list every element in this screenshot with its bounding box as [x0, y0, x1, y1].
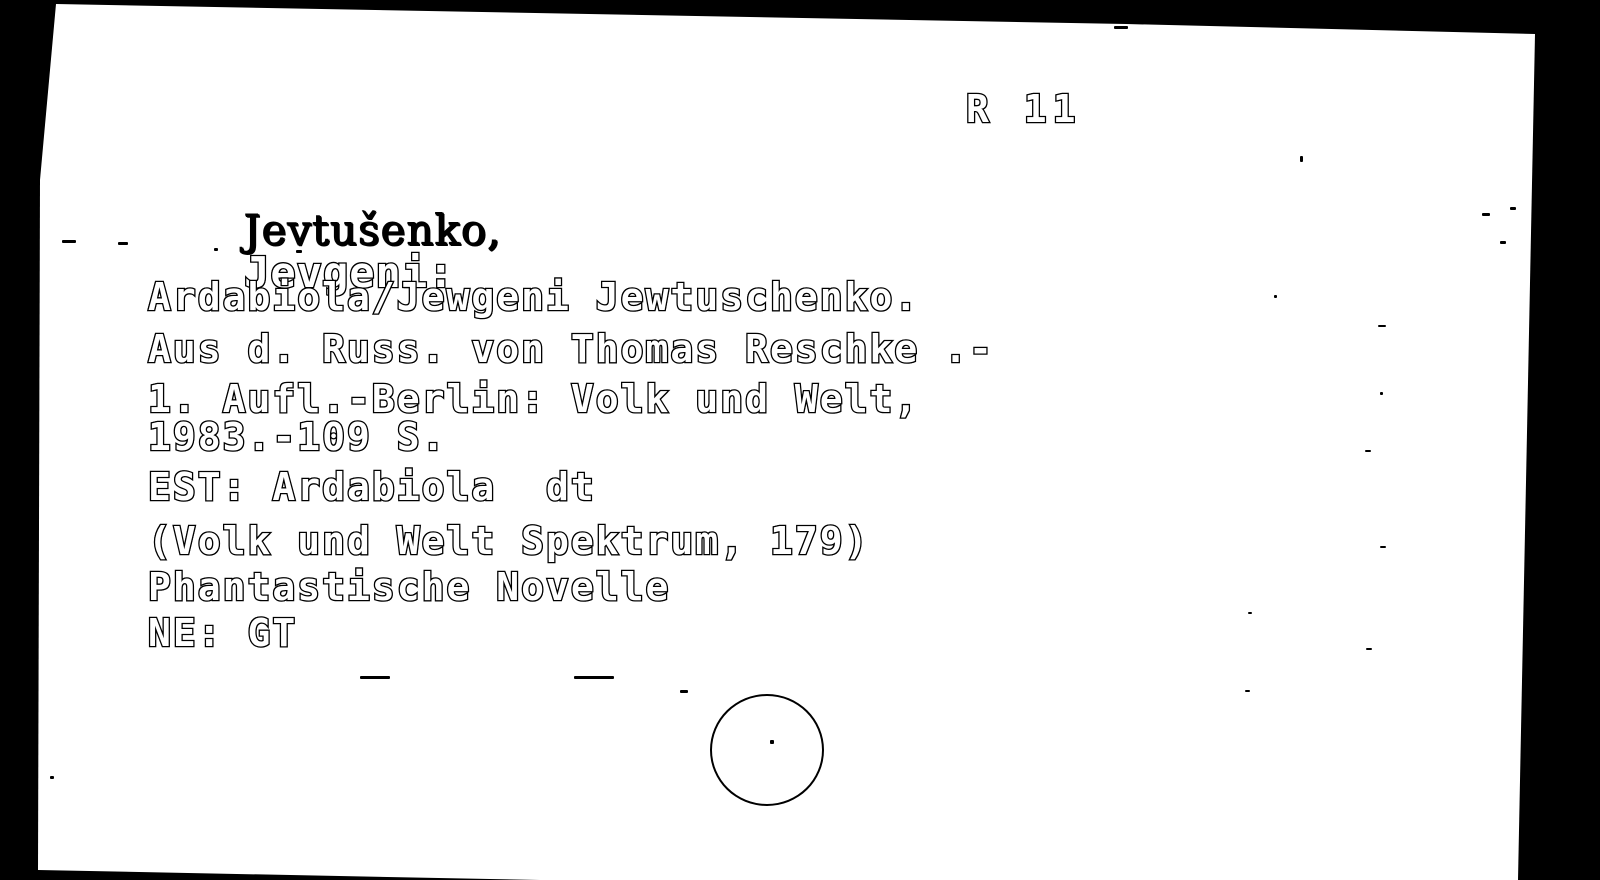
circle-stamp-icon [710, 694, 824, 806]
translator-statement: Aus d. Russ. von Thomas Reschke .- [148, 330, 994, 368]
scan-speck [62, 240, 76, 243]
scan-speck [1300, 156, 1303, 162]
scan-speck [1378, 325, 1386, 327]
edition-publisher: 1. Aufl.-Berlin: Volk und Welt, [148, 380, 919, 418]
scan-speck [1500, 241, 1506, 244]
scan-speck [296, 250, 302, 253]
scan-speck [1245, 690, 1250, 692]
scan-speck [50, 776, 54, 779]
scan-speck [1380, 392, 1383, 395]
shelfmark: R 11 [966, 90, 1082, 128]
added-entry: NE: GT [148, 614, 297, 652]
scan-speck [1366, 648, 1372, 650]
scan-speck [118, 242, 128, 245]
title-statement: Ardabiola/Jewgeni Jewtuschenko. [148, 278, 919, 316]
year-pages: 1983.-109 S. [148, 418, 447, 456]
scan-speck [1248, 612, 1252, 614]
scan-background: R 11 Jevtušenko, Jevgeni: Ardabiola/Jewg… [0, 0, 1600, 880]
scan-speck [360, 676, 390, 679]
scan-speck [214, 248, 218, 251]
scan-speck [680, 690, 688, 693]
catalog-card: R 11 Jevtušenko, Jevgeni: Ardabiola/Jewg… [0, 0, 1600, 880]
scan-speck [1114, 26, 1128, 29]
scan-speck [1510, 207, 1516, 210]
uniform-title: EST: Ardabiola dt [148, 468, 596, 506]
scan-speck [770, 740, 774, 744]
scan-speck [574, 676, 614, 679]
scan-speck [1482, 213, 1490, 216]
scan-speck [1380, 546, 1386, 548]
scan-speck [1274, 295, 1277, 298]
scan-speck [1365, 450, 1371, 452]
series-statement: (Volk und Welt Spektrum, 179) [148, 522, 869, 560]
genre-note: Phantastische Novelle [148, 568, 670, 606]
